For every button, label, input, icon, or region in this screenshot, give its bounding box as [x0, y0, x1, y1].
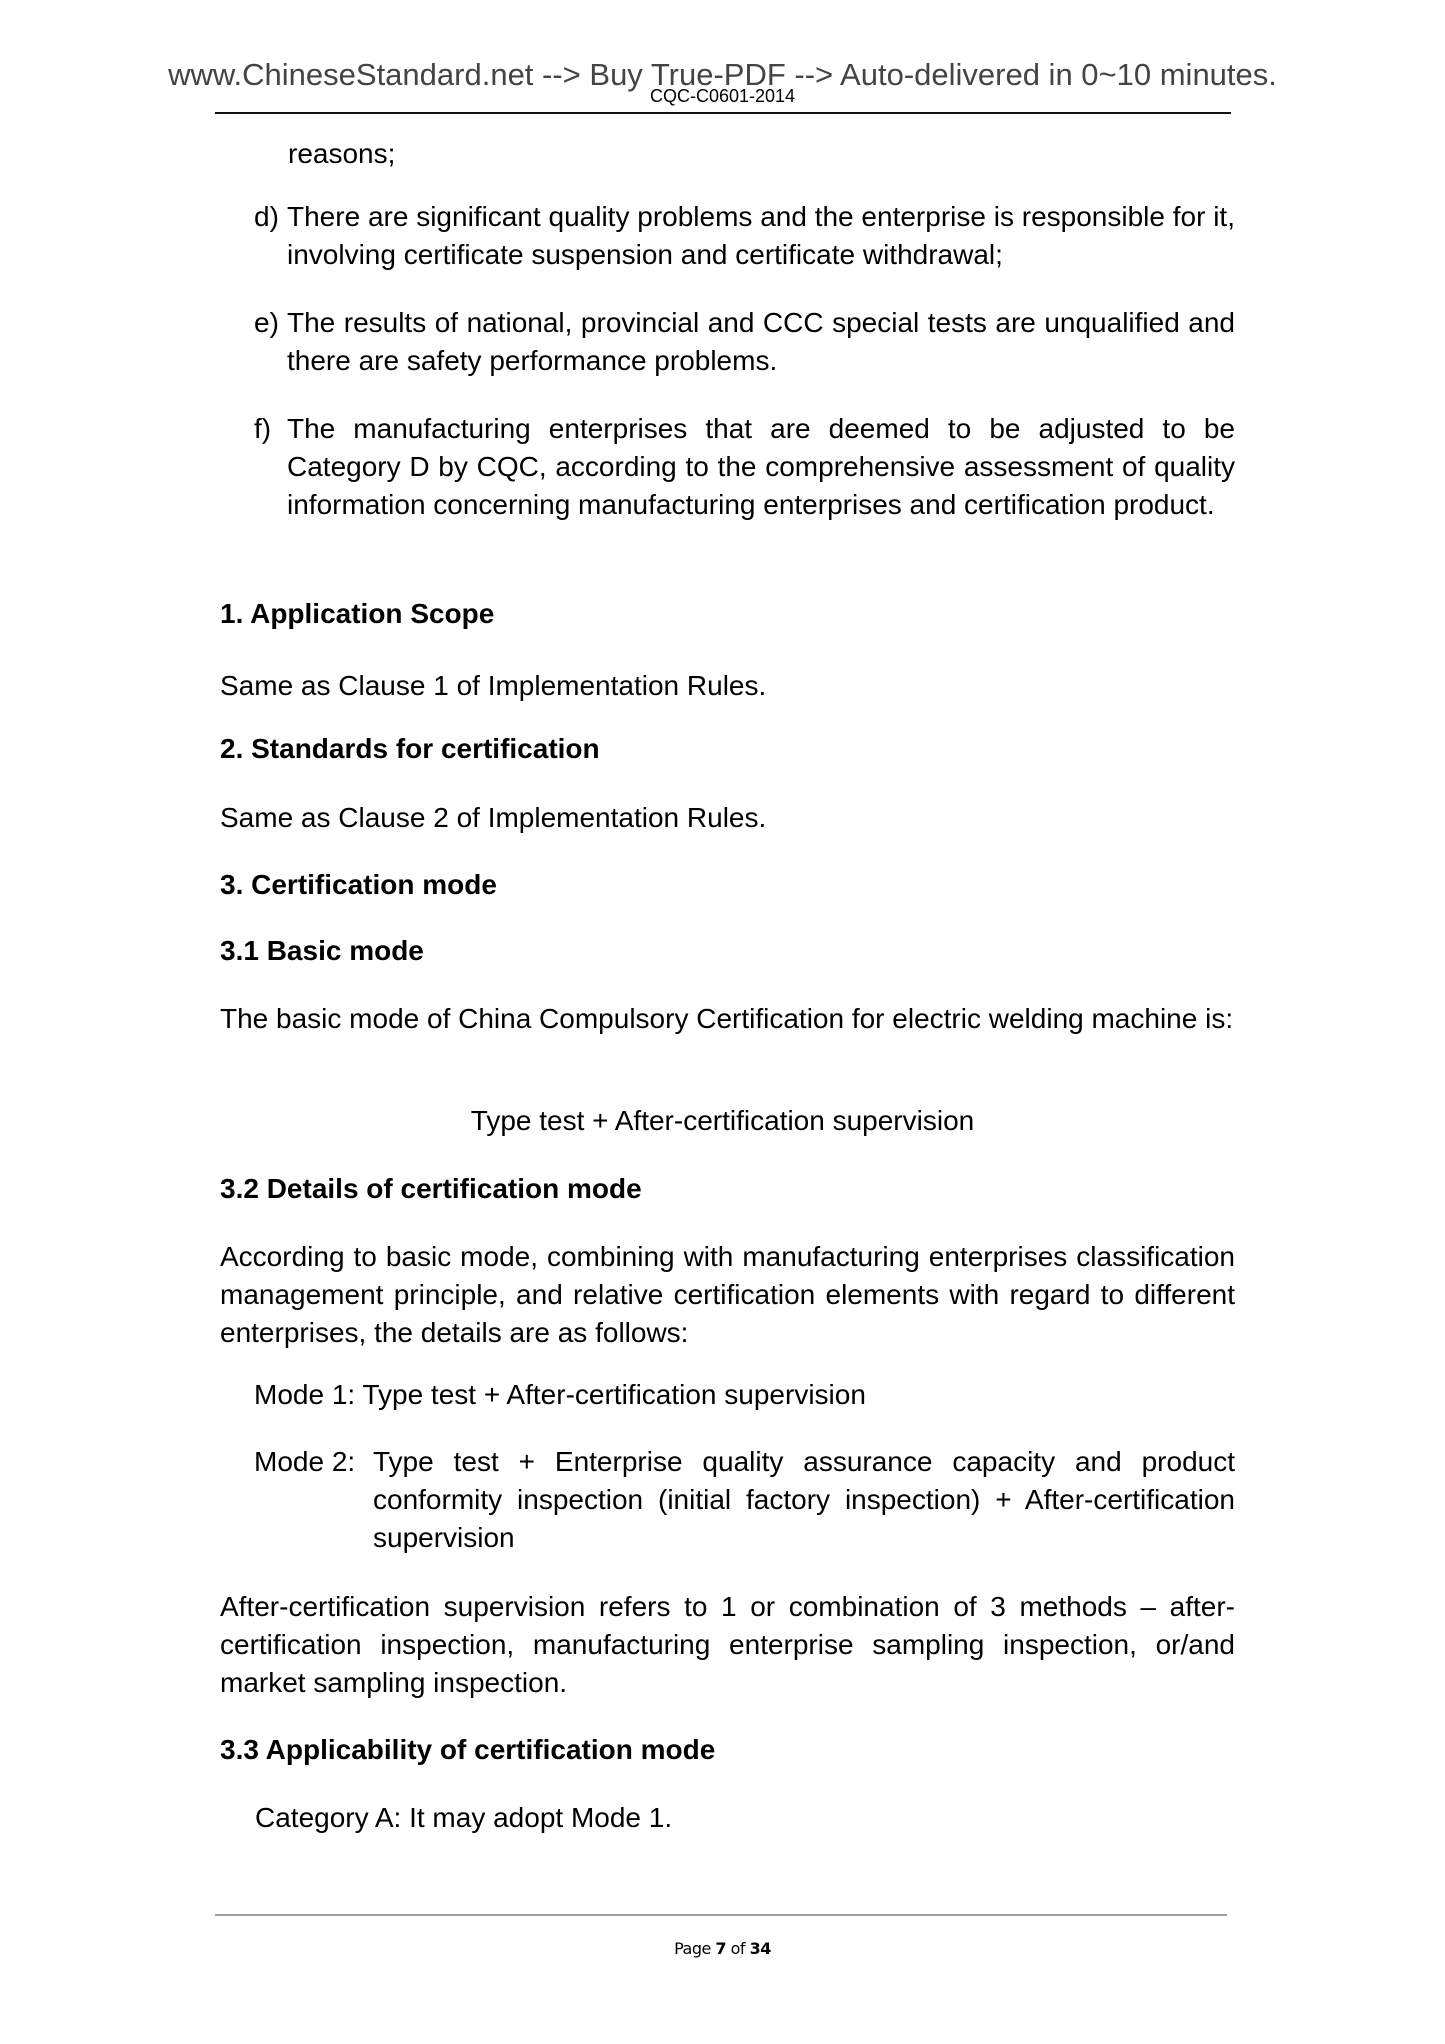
mode-1-label: Mode 1:: [254, 1379, 355, 1410]
page-number: Page 7 of 34: [0, 1938, 1445, 1960]
list-text: The results of national, provincial and …: [287, 304, 1235, 380]
details-intro-text: According to basic mode, combining with …: [220, 1238, 1235, 1352]
footer-divider: [215, 1914, 1227, 1916]
list-label: f): [254, 410, 271, 448]
page-total: 34: [750, 1939, 771, 1958]
mode-1-item: Mode 1: Type test + After-certification …: [254, 1376, 1235, 1414]
mode-1-text: Type test + After-certification supervis…: [362, 1379, 865, 1410]
mode-2-item: Mode 2: Type test + Enterprise quality a…: [254, 1443, 1235, 1557]
section-heading-1: 1. Application Scope: [220, 595, 1235, 633]
supervision-note: After-certification supervision refers t…: [220, 1588, 1235, 1702]
list-item-d: d) There are significant quality problem…: [254, 198, 1235, 274]
header-divider: [215, 112, 1231, 114]
section-1-text: Same as Clause 1 of Implementation Rules…: [220, 667, 1235, 705]
page-prefix: Page: [674, 1939, 711, 1958]
subsection-heading-3-2: 3.2 Details of certification mode: [220, 1170, 1235, 1208]
mode-2-text: Type test + Enterprise quality assurance…: [373, 1443, 1235, 1557]
page-of: of: [731, 1939, 745, 1958]
list-text: There are significant quality problems a…: [287, 198, 1235, 274]
list-item-f: f) The manufacturing enterprises that ar…: [254, 410, 1235, 524]
subsection-heading-3-3: 3.3 Applicability of certification mode: [220, 1731, 1235, 1769]
list-item-e: e) The results of national, provincial a…: [254, 304, 1235, 380]
list-label: e): [254, 304, 279, 342]
continuation-text: reasons;: [288, 135, 395, 173]
list-label: d): [254, 198, 279, 236]
category-a-text: Category A: It may adopt Mode 1.: [255, 1799, 672, 1837]
document-id: CQC-C0601-2014: [0, 85, 1445, 107]
subsection-heading-3-1: 3.1 Basic mode: [220, 932, 1235, 970]
list-text: The manufacturing enterprises that are d…: [287, 410, 1235, 524]
basic-mode-formula: Type test + After-certification supervis…: [0, 1102, 1445, 1140]
basic-mode-text: The basic mode of China Compulsory Certi…: [220, 1000, 1235, 1038]
section-heading-3: 3. Certification mode: [220, 866, 1235, 904]
section-2-text: Same as Clause 2 of Implementation Rules…: [220, 799, 1235, 837]
section-heading-2: 2. Standards for certification: [220, 730, 1235, 768]
page-current: 7: [715, 1939, 726, 1958]
mode-2-label: Mode 2:: [254, 1443, 355, 1481]
